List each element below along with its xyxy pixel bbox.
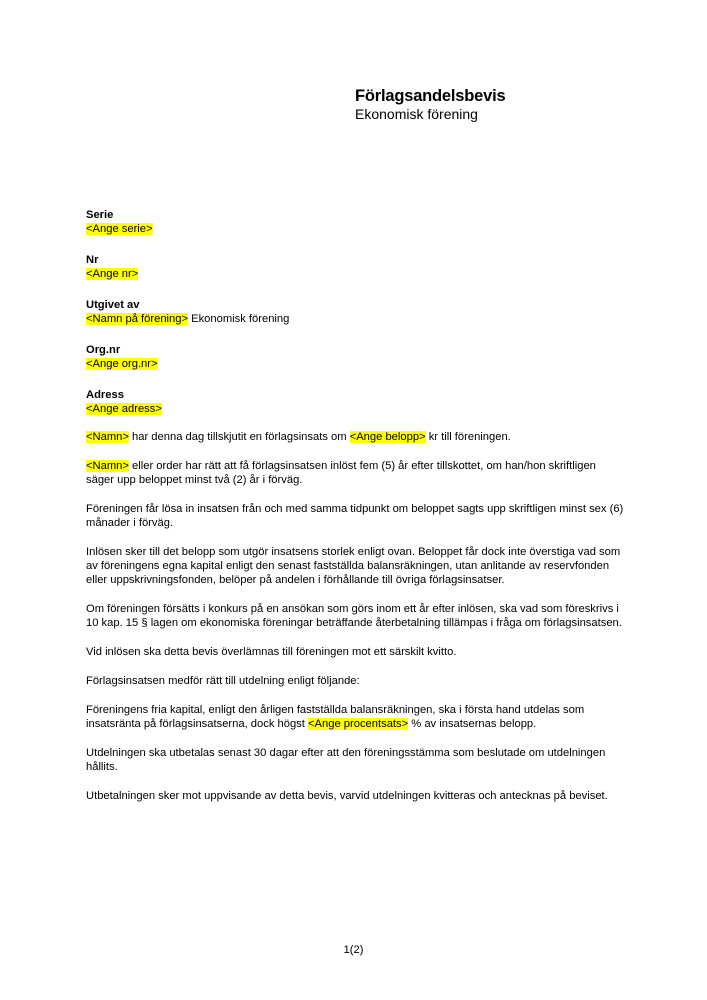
field-suffix: Ekonomisk förening [188, 313, 289, 325]
paragraph-utdelning-intro: Förlagsinsatsen medför rätt till utdelni… [86, 674, 626, 688]
document-title: Förlagsandelsbevis [355, 86, 505, 106]
paragraph-utbetalning-bevis: Utbetalningen sker mot uppvisande av det… [86, 789, 626, 803]
placeholder-forening-name[interactable]: <Namn på förening> [86, 313, 188, 325]
document-body: Serie <Ange serie> Nr <Ange nr> Utgivet … [86, 208, 626, 818]
field-label: Adress [86, 388, 626, 402]
placeholder-belopp[interactable]: <Ange belopp> [350, 431, 426, 443]
placeholder-nr[interactable]: <Ange nr> [86, 268, 138, 280]
field-label: Org.nr [86, 343, 626, 357]
paragraph-kvitto: Vid inlösen ska detta bevis överlämnas t… [86, 645, 626, 659]
paragraph-utbetalning-tid: Utdelningen ska utbetalas senast 30 daga… [86, 746, 626, 774]
paragraph-tillskott: <Namn> har denna dag tillskjutit en förl… [86, 430, 626, 444]
placeholder-namn[interactable]: <Namn> [86, 460, 129, 472]
placeholder-org-nr[interactable]: <Ange org.nr> [86, 358, 158, 370]
page-number: 1(2) [0, 944, 707, 956]
field-nr: Nr <Ange nr> [86, 253, 626, 281]
field-label: Serie [86, 208, 626, 222]
paragraph-inlosen-belopp: Inlösen sker till det belopp som utgör i… [86, 545, 626, 587]
paragraph-forening-inlosen: Föreningen får lösa in insatsen från och… [86, 502, 626, 530]
field-serie: Serie <Ange serie> [86, 208, 626, 236]
field-label: Utgivet av [86, 298, 626, 312]
placeholder-serie[interactable]: <Ange serie> [86, 223, 153, 235]
placeholder-adress[interactable]: <Ange adress> [86, 403, 162, 415]
document-subtitle: Ekonomisk förening [355, 106, 505, 122]
paragraph-insatsranta: Föreningens fria kapital, enligt den årl… [86, 703, 626, 731]
title-block: Förlagsandelsbevis Ekonomisk förening [355, 86, 505, 122]
field-utgivet-av: Utgivet av <Namn på förening> Ekonomisk … [86, 298, 626, 326]
paragraph-konkurs: Om föreningen försätts i konkurs på en a… [86, 602, 626, 630]
field-label: Nr [86, 253, 626, 267]
paragraph-inlosen-ratt: <Namn> eller order har rätt att få förla… [86, 459, 626, 487]
placeholder-procentsats[interactable]: <Ange procentsats> [308, 718, 408, 730]
field-org-nr: Org.nr <Ange org.nr> [86, 343, 626, 371]
field-adress: Adress <Ange adress> [86, 388, 626, 416]
placeholder-namn[interactable]: <Namn> [86, 431, 129, 443]
